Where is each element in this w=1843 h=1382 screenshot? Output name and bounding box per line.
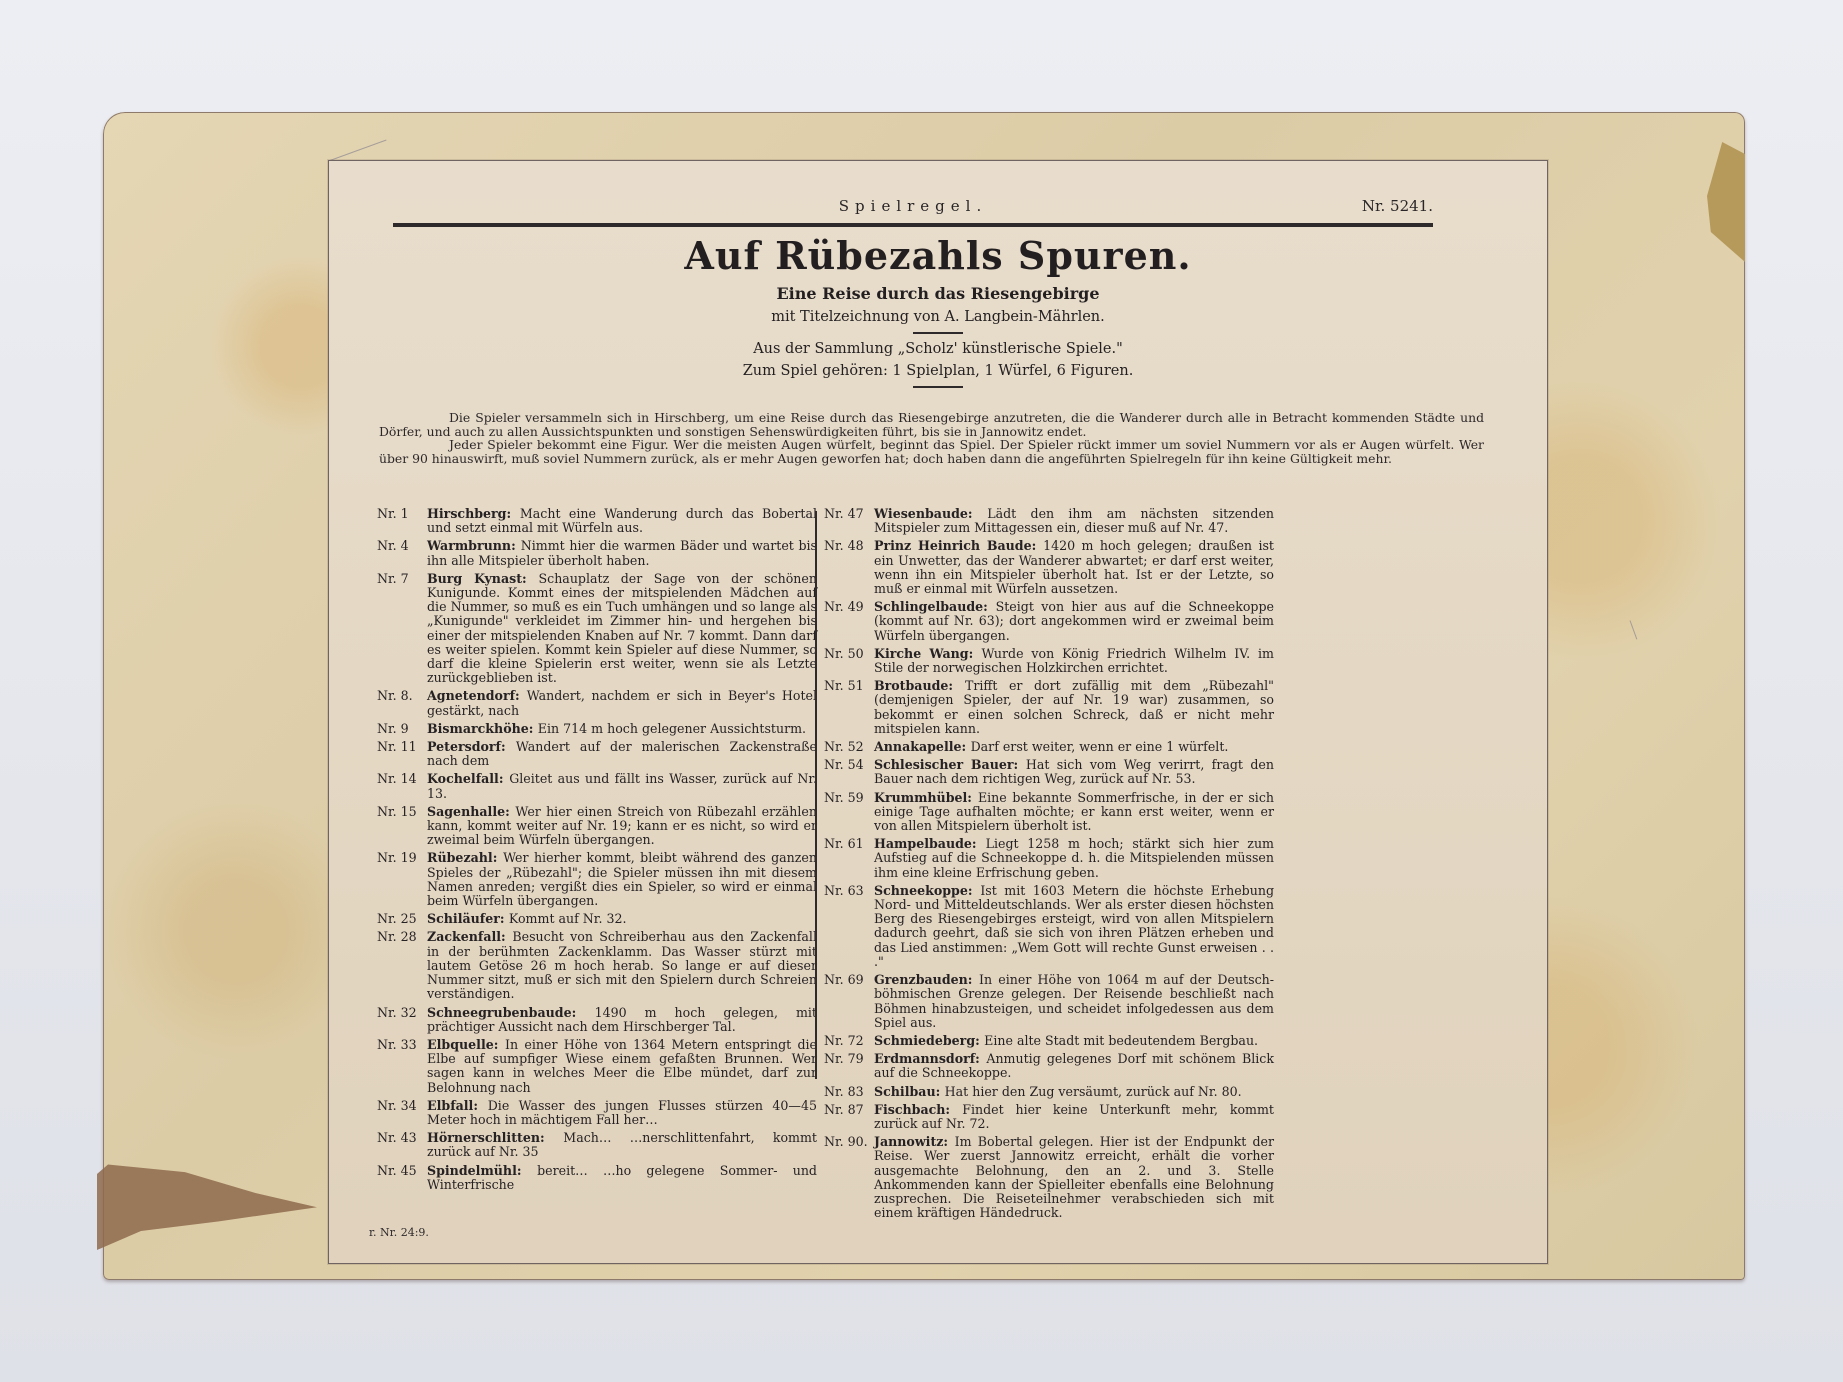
rule-text: Kommt auf Nr. 32.: [509, 911, 627, 926]
square-number: Nr. 4: [377, 539, 427, 567]
rule-text: Eine alte Stadt mit bedeutendem Bergbau.: [984, 1033, 1258, 1048]
place-name: Schneekoppe:: [874, 883, 980, 898]
intro-paragraph: Die Spieler versammeln sich in Hirschber…: [379, 411, 1484, 438]
place-name: Elbquelle:: [427, 1037, 505, 1052]
square-number: Nr. 87: [824, 1103, 874, 1131]
rule-entry: Nr. 72 Schmiedeberg: Eine alte Stadt mit…: [824, 1034, 1274, 1048]
torn-corner: [1707, 142, 1745, 262]
rule-entry: Nr. 9 Bismarckhöhe: Ein 714 m hoch geleg…: [377, 722, 817, 736]
square-number: Nr. 72: [824, 1034, 874, 1048]
place-name: Hirschberg:: [427, 506, 520, 521]
square-number: Nr. 7: [377, 572, 427, 686]
place-name: Schilbau:: [874, 1084, 945, 1099]
place-name: Prinz Heinrich Baude:: [874, 538, 1043, 553]
rule-entry: Nr. 83 Schilbau: Hat hier den Zug versäu…: [824, 1085, 1274, 1099]
rule-body: Kirche Wang: Wurde von König Friedrich W…: [874, 647, 1274, 675]
square-number: Nr. 1: [377, 507, 427, 535]
rule-entry: Nr. 32 Schneegrubenbaude: 1490 m hoch ge…: [377, 1006, 817, 1034]
rule-body: Schilbau: Hat hier den Zug versäumt, zur…: [874, 1085, 1274, 1099]
rule-body: Schneekoppe: Ist mit 1603 Metern die höc…: [874, 884, 1274, 969]
rule-entry: Nr. 8. Agnetendorf: Wandert, nachdem er …: [377, 689, 817, 717]
rule-body: Burg Kynast: Schauplatz der Sage von der…: [427, 572, 817, 686]
rule-entry: Nr. 11 Petersdorf: Wandert auf der maler…: [377, 740, 817, 768]
rule-entry: Nr. 54 Schlesischer Bauer: Hat sich vom …: [824, 758, 1274, 786]
illustration-credit: mit Titelzeichnung von A. Langbein-Mährl…: [329, 309, 1547, 325]
rule-entry: Nr. 52 Annakapelle: Darf erst weiter, we…: [824, 740, 1274, 754]
place-name: Grenzbauden:: [874, 972, 979, 987]
rule-entry: Nr. 33 Elbquelle: In einer Höhe von 1364…: [377, 1038, 817, 1095]
rule-entry: Nr. 51 Brotbaude: Trifft er dort zufälli…: [824, 679, 1274, 736]
rule-body: Zackenfall: Besucht von Schreiberhau aus…: [427, 930, 817, 1001]
rule-entry: Nr. 45 Spindelmühl: bereit… …ho gelegene…: [377, 1164, 817, 1192]
square-number: Nr. 49: [824, 600, 874, 643]
rule-body: Grenzbauden: In einer Höhe von 1064 m au…: [874, 973, 1274, 1030]
square-number: Nr. 9: [377, 722, 427, 736]
place-name: Rübezahl:: [427, 850, 503, 865]
place-name: Agnetendorf:: [427, 688, 527, 703]
place-name: Erdmannsdorf:: [874, 1051, 986, 1066]
place-name: Warmbrunn:: [427, 538, 521, 553]
game-title: Auf Rübezahls Spuren.: [329, 233, 1547, 278]
place-name: Sagenhalle:: [427, 804, 515, 819]
rules-column-left: Nr. 1 Hirschberg: Macht eine Wanderung d…: [377, 507, 817, 1196]
square-number: Nr. 32: [377, 1006, 427, 1034]
rules-column-right: Nr. 47 Wiesenbaude: Lädt den ihm am näch…: [824, 507, 1274, 1224]
divider: [913, 386, 963, 388]
place-name: Schlingelbaude:: [874, 599, 996, 614]
rule-body: Schlingelbaude: Steigt von hier aus auf …: [874, 600, 1274, 643]
rule-entry: Nr. 15 Sagenhalle: Wer hier einen Streic…: [377, 805, 817, 848]
rule-entry: Nr. 63 Schneekoppe: Ist mit 1603 Metern …: [824, 884, 1274, 969]
rule-entry: Nr. 47 Wiesenbaude: Lädt den ihm am näch…: [824, 507, 1274, 535]
place-name: Hampelbaude:: [874, 836, 986, 851]
square-number: Nr. 51: [824, 679, 874, 736]
place-name: Zackenfall:: [427, 929, 512, 944]
rule-body: Hörnerschlitten: Mach… …nerschlittenfahr…: [427, 1131, 817, 1159]
place-name: Schmiedeberg:: [874, 1033, 984, 1048]
place-name: Schlesischer Bauer:: [874, 757, 1026, 772]
rule-body: Kochelfall: Gleitet aus und fällt ins Wa…: [427, 772, 817, 800]
place-name: Fischbach:: [874, 1102, 962, 1117]
rule-body: Spindelmühl: bereit… …ho gelegene Sommer…: [427, 1164, 817, 1192]
square-number: Nr. 15: [377, 805, 427, 848]
square-number: Nr. 45: [377, 1164, 427, 1192]
rule-body: Rübezahl: Wer hierher kommt, bleibt währ…: [427, 851, 817, 908]
rule-body: Sagenhalle: Wer hier einen Streich von R…: [427, 805, 817, 848]
square-number: Nr. 43: [377, 1131, 427, 1159]
water-stain: [97, 1155, 317, 1250]
place-name: Wiesenbaude:: [874, 506, 987, 521]
place-name: Burg Kynast:: [427, 571, 539, 586]
rule-entry: Nr. 48 Prinz Heinrich Baude: 1420 m hoch…: [824, 539, 1274, 596]
square-number: Nr. 33: [377, 1038, 427, 1095]
rule-entry: Nr. 50 Kirche Wang: Wurde von König Frie…: [824, 647, 1274, 675]
square-number: Nr. 79: [824, 1052, 874, 1080]
square-number: Nr. 50: [824, 647, 874, 675]
square-number: Nr. 90.: [824, 1135, 874, 1220]
place-name: Kochelfall:: [427, 771, 509, 786]
rule-body: Petersdorf: Wandert auf der malerischen …: [427, 740, 817, 768]
rule-entry: Nr. 59 Krummhübel: Eine bekannte Sommerf…: [824, 791, 1274, 834]
rule-body: Jannowitz: Im Bobertal gelegen. Hier ist…: [874, 1135, 1274, 1220]
rule-entry: Nr. 49 Schlingelbaude: Steigt von hier a…: [824, 600, 1274, 643]
rule-body: Prinz Heinrich Baude: 1420 m hoch gelege…: [874, 539, 1274, 596]
place-name: Brotbaude:: [874, 678, 965, 693]
rule-entry: Nr. 14 Kochelfall: Gleitet aus und fällt…: [377, 772, 817, 800]
print-number: r. Nr. 24:9.: [369, 1226, 429, 1239]
column-divider: [815, 511, 817, 1079]
rule-entry: Nr. 1 Hirschberg: Macht eine Wanderung d…: [377, 507, 817, 535]
place-name: Kirche Wang:: [874, 646, 981, 661]
square-number: Nr. 83: [824, 1085, 874, 1099]
rule-entry: Nr. 61 Hampelbaude: Liegt 1258 m hoch; s…: [824, 837, 1274, 880]
rule-body: Fischbach: Findet hier keine Unterkunft …: [874, 1103, 1274, 1131]
place-name: Annakapelle:: [874, 739, 971, 754]
intro-paragraph: Jeder Spieler bekommt eine Figur. Wer di…: [379, 438, 1484, 465]
rule-entry: Nr. 90. Jannowitz: Im Bobertal gelegen. …: [824, 1135, 1274, 1220]
header-row: Spielregel. Nr. 5241.: [393, 197, 1433, 227]
rule-entry: Nr. 28 Zackenfall: Besucht von Schreiber…: [377, 930, 817, 1001]
rule-body: Brotbaude: Trifft er dort zufällig mit d…: [874, 679, 1274, 736]
rule-body: Schlesischer Bauer: Hat sich vom Weg ver…: [874, 758, 1274, 786]
place-name: Schneegrubenbaude:: [427, 1005, 595, 1020]
game-subtitle: Eine Reise durch das Riesengebirge: [329, 284, 1547, 303]
square-number: Nr. 61: [824, 837, 874, 880]
rule-entry: Nr. 25 Schiläufer: Kommt auf Nr. 32.: [377, 912, 817, 926]
rule-text: Ein 714 m hoch gelegener Aussichtsturm.: [538, 721, 806, 736]
rule-body: Elbquelle: In einer Höhe von 1364 Metern…: [427, 1038, 817, 1095]
square-number: Nr. 19: [377, 851, 427, 908]
rule-body: Bismarckhöhe: Ein 714 m hoch gelegener A…: [427, 722, 817, 736]
square-number: Nr. 52: [824, 740, 874, 754]
rule-entry: Nr. 87 Fischbach: Findet hier keine Unte…: [824, 1103, 1274, 1131]
rule-body: Wiesenbaude: Lädt den ihm am nächsten si…: [874, 507, 1274, 535]
rule-entry: Nr. 4 Warmbrunn: Nimmt hier die warmen B…: [377, 539, 817, 567]
rule-body: Annakapelle: Darf erst weiter, wenn er e…: [874, 740, 1274, 754]
place-name: Elbfall:: [427, 1098, 488, 1113]
square-number: Nr. 69: [824, 973, 874, 1030]
rule-body: Schmiedeberg: Eine alte Stadt mit bedeut…: [874, 1034, 1274, 1048]
square-number: Nr. 11: [377, 740, 427, 768]
rule-body: Hirschberg: Macht eine Wanderung durch d…: [427, 507, 817, 535]
rule-entry: Nr. 19 Rübezahl: Wer hierher kommt, blei…: [377, 851, 817, 908]
square-number: Nr. 28: [377, 930, 427, 1001]
rule-entry: Nr. 69 Grenzbauden: In einer Höhe von 10…: [824, 973, 1274, 1030]
rule-body: Hampelbaude: Liegt 1258 m hoch; stärkt s…: [874, 837, 1274, 880]
square-number: Nr. 48: [824, 539, 874, 596]
rule-entry: Nr. 34 Elbfall: Die Wasser des jungen Fl…: [377, 1099, 817, 1127]
rules-sheet: Spielregel. Nr. 5241. Auf Rübezahls Spur…: [328, 160, 1548, 1264]
square-number: Nr. 14: [377, 772, 427, 800]
rule-body: Erdmannsdorf: Anmutig gelegenes Dorf mit…: [874, 1052, 1274, 1080]
rule-entry: Nr. 79 Erdmannsdorf: Anmutig gelegenes D…: [824, 1052, 1274, 1080]
square-number: Nr. 25: [377, 912, 427, 926]
place-name: Bismarckhöhe:: [427, 721, 538, 736]
place-name: Hörnerschlitten:: [427, 1130, 563, 1145]
square-number: Nr. 63: [824, 884, 874, 969]
rule-entry: Nr. 43 Hörnerschlitten: Mach… …nerschlit…: [377, 1131, 817, 1159]
rule-entry: Nr. 7 Burg Kynast: Schauplatz der Sage v…: [377, 572, 817, 686]
rule-body: Warmbrunn: Nimmt hier die warmen Bäder u…: [427, 539, 817, 567]
square-number: Nr. 59: [824, 791, 874, 834]
rule-text: Schauplatz der Sage von der schönen Kuni…: [427, 571, 817, 685]
place-name: Schiläufer:: [427, 911, 509, 926]
rule-body: Krummhübel: Eine bekannte Sommerfrische,…: [874, 791, 1274, 834]
collection-name: Aus der Sammlung „Scholz' künstlerische …: [329, 341, 1547, 357]
intro-text: Die Spieler versammeln sich in Hirschber…: [379, 411, 1484, 465]
rule-body: Schiläufer: Kommt auf Nr. 32.: [427, 912, 817, 926]
square-number: Nr. 54: [824, 758, 874, 786]
rule-body: Agnetendorf: Wandert, nachdem er sich in…: [427, 689, 817, 717]
place-name: Spindelmühl:: [427, 1163, 537, 1178]
rule-body: Schneegrubenbaude: 1490 m hoch gelegen, …: [427, 1006, 817, 1034]
divider: [913, 332, 963, 334]
rule-body: Elbfall: Die Wasser des jungen Flusses s…: [427, 1099, 817, 1127]
square-number: Nr. 47: [824, 507, 874, 535]
header-label: Spielregel.: [393, 197, 1433, 215]
title-block: Auf Rübezahls Spuren. Eine Reise durch d…: [329, 233, 1547, 395]
article-number: Nr. 5241.: [1362, 197, 1433, 215]
place-name: Petersdorf:: [427, 739, 516, 754]
place-name: Krummhübel:: [874, 790, 978, 805]
rule-text: Darf erst weiter, wenn er eine 1 würfelt…: [971, 739, 1229, 754]
square-number: Nr. 34: [377, 1099, 427, 1127]
rule-text: Hat hier den Zug versäumt, zurück auf Nr…: [945, 1084, 1242, 1099]
game-contents: Zum Spiel gehören: 1 Spielplan, 1 Würfel…: [329, 363, 1547, 379]
place-name: Jannowitz:: [874, 1134, 955, 1149]
square-number: Nr. 8.: [377, 689, 427, 717]
